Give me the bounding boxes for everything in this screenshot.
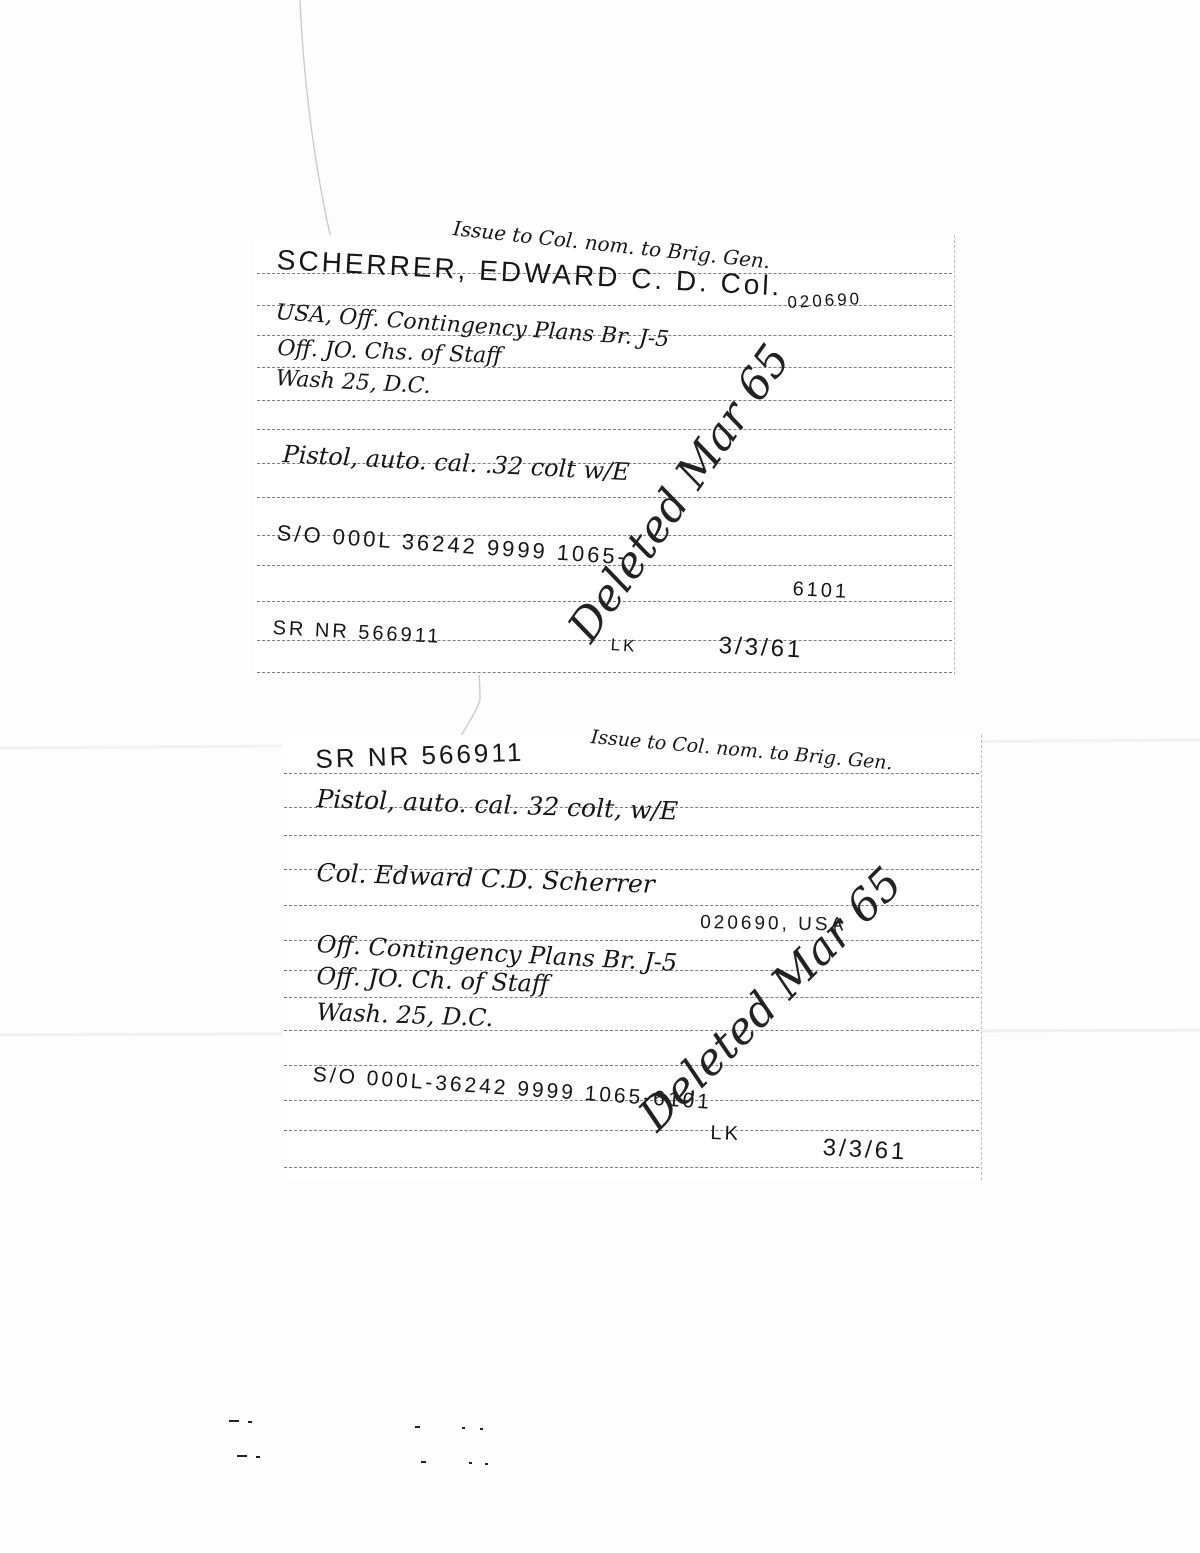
card1-order-line-cont: 6101 — [792, 578, 850, 604]
card-edge — [981, 735, 982, 1180]
card2-date: 3/3/61 — [822, 1134, 908, 1166]
card2-initials: LK — [710, 1122, 741, 1146]
card1-service-number: 020690 — [787, 289, 863, 313]
card1-initials: LK — [610, 635, 638, 657]
card1-date: 3/3/61 — [718, 632, 804, 664]
scanned-page: Issue to Col. nom. to Brig. Gen. SCHERRE… — [0, 0, 1200, 1553]
card-edge — [954, 235, 955, 675]
